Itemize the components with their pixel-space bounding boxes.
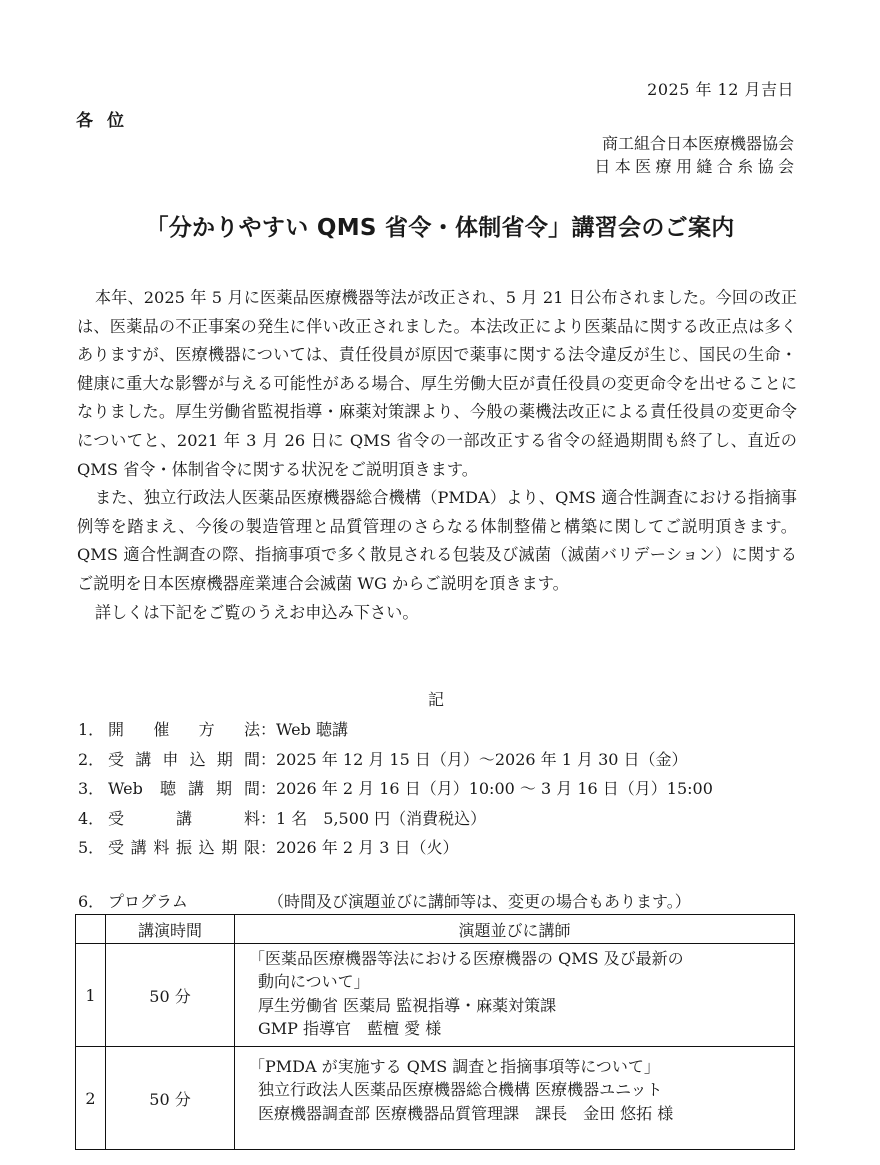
addressee: 各位 <box>76 106 138 131</box>
item-label: Web 聴講期間 <box>108 774 260 804</box>
column-header-topic: 演題並びに講師 <box>235 915 795 944</box>
item-value: ：1 名 5,500 円（消費税込） <box>260 804 486 834</box>
body-text: 本年、2025 年 5 月に医薬品医療機器等法が改正され、5 月 21 日公布さ… <box>77 284 797 627</box>
document-title: 「分かりやすい QMS 省令・体制省令」講習会のご案内 <box>0 209 880 242</box>
detail-item-method: 1． 開催方法 ：Web 聴講 <box>78 715 713 745</box>
column-header-time: 講演時間 <box>106 915 235 944</box>
sender-organization-2: 日本医療用縫合糸協会 <box>594 155 798 178</box>
detail-item-application-period: 2． 受講申込期間 ：2025 年 12 月 15 日（月）～2026 年 1 … <box>78 745 713 775</box>
sender-block: 商工組合日本医療機器協会 日本医療用縫合糸協会 <box>594 132 794 178</box>
item-value: ：2025 年 12 月 15 日（月）～2026 年 1 月 30 日（金） <box>260 745 688 775</box>
session-number: 2 <box>76 1047 106 1150</box>
ki-heading: 記 <box>0 687 880 710</box>
program-heading: 6．プログラム（時間及び演題並びに講師等は、変更の場合もあります。） <box>78 889 691 912</box>
detail-item-viewing-period: 3． Web 聴講期間 ：2026 年 2 月 16 日（月）10:00 ～ 3… <box>78 774 713 804</box>
session-title-cont: 動向について」 <box>249 970 794 993</box>
ki-label: 記 <box>428 687 444 710</box>
column-header-no <box>76 915 106 944</box>
item-number: 3． <box>78 774 108 804</box>
body-paragraph: 本年、2025 年 5 月に医薬品医療機器等法が改正され、5 月 21 日公布さ… <box>77 284 797 484</box>
table-row: 2 50 分 「PMDA が実施する QMS 調査と指摘事項等について」 独立行… <box>76 1047 795 1150</box>
table-header-row: 講演時間 演題並びに講師 <box>76 915 795 944</box>
program-table: 講演時間 演題並びに講師 1 50 分 「医薬品医療機器等法における医療機器の … <box>75 914 795 1150</box>
session-topic: 「医薬品医療機器等法における医療機器の QMS 及び最新の 動向について」 厚生… <box>235 944 795 1047</box>
item-value: ：Web 聴講 <box>260 715 348 745</box>
item-label: 開催方法 <box>108 715 260 745</box>
program-number: 6． <box>78 889 108 912</box>
speaker-name: 医療機器調査部 医療機器品質管理課 課長 金田 悠拓 様 <box>249 1102 794 1125</box>
item-value: ：2026 年 2 月 16 日（月）10:00 ～ 3 月 16 日（月）15… <box>260 774 713 804</box>
body-paragraph: 詳しくは下記をご覧のうえお申込み下さい。 <box>77 599 797 628</box>
speaker-name: GMP 指導官 藍檀 愛 様 <box>249 1017 794 1040</box>
sender-organization-1: 商工組合日本医療機器協会 <box>594 132 794 155</box>
session-title: 「医薬品医療機器等法における医療機器の QMS 及び最新の <box>249 947 794 970</box>
session-duration: 50 分 <box>106 1047 235 1150</box>
item-value: ：2026 年 2 月 3 日（火） <box>260 833 459 863</box>
detail-item-payment-deadline: 5． 受講料振込期限 ：2026 年 2 月 3 日（火） <box>78 833 713 863</box>
speaker-affiliation: 厚生労働省 医薬局 監視指導・麻薬対策課 <box>249 994 794 1017</box>
session-title: 「PMDA が実施する QMS 調査と指摘事項等について」 <box>249 1055 794 1078</box>
program-note: （時間及び演題並びに講師等は、変更の場合もあります。） <box>268 892 691 911</box>
session-topic: 「PMDA が実施する QMS 調査と指摘事項等について」 独立行政法人医薬品医… <box>235 1047 795 1150</box>
item-number: 2． <box>78 745 108 775</box>
details-list: 1． 開催方法 ：Web 聴講 2． 受講申込期間 ：2025 年 12 月 1… <box>78 715 713 863</box>
item-number: 5． <box>78 833 108 863</box>
item-number: 1． <box>78 715 108 745</box>
item-number: 4． <box>78 804 108 834</box>
speaker-affiliation: 独立行政法人医薬品医療機器総合機構 医療機器ユニット <box>249 1078 794 1101</box>
session-number: 1 <box>76 944 106 1047</box>
document-date: 2025 年 12 月吉日 <box>647 77 794 100</box>
item-label: 受講料 <box>108 804 260 834</box>
detail-item-fee: 4． 受講料 ：1 名 5,500 円（消費税込） <box>78 804 713 834</box>
table-row: 1 50 分 「医薬品医療機器等法における医療機器の QMS 及び最新の 動向に… <box>76 944 795 1047</box>
item-label: 受講料振込期限 <box>108 833 260 863</box>
session-duration: 50 分 <box>106 944 235 1047</box>
item-label: 受講申込期間 <box>108 745 260 775</box>
body-paragraph: また、独立行政法人医薬品医療機器総合機構（PMDA）より、QMS 適合性調査にお… <box>77 484 797 598</box>
program-label: プログラム <box>108 889 268 912</box>
